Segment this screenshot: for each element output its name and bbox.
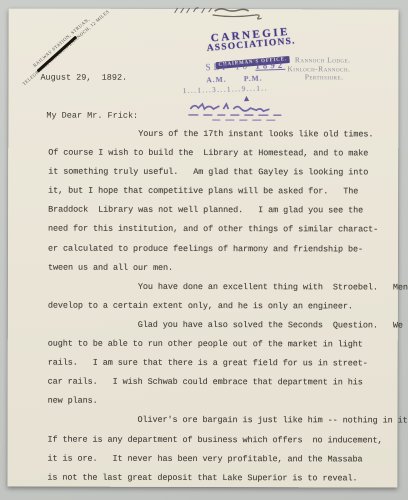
typed-line: Glad you have also solved the Seconds Qu… xyxy=(48,316,384,336)
typed-line: it something truly useful. Am glad that … xyxy=(48,163,384,183)
received-date-prefix: SEP 10 xyxy=(205,61,255,73)
typed-line: new plans. xyxy=(48,392,384,412)
typed-line: develop to a certain extent only, and he… xyxy=(48,296,384,316)
salutation: My Dear Mr. Frick: xyxy=(46,111,138,121)
script-stamp-icon xyxy=(186,101,286,125)
typed-line: car rails. I wish Schwab could embrace t… xyxy=(48,373,384,393)
typed-line: If there is any department of business w… xyxy=(47,430,383,450)
received-date-year: 1892 xyxy=(255,60,285,71)
typed-line: is not the last great deposit that Lake … xyxy=(47,468,383,488)
typed-line: it, but I hope that competitive plans wi… xyxy=(48,182,384,202)
typed-line: it is ore. It never has been very profit… xyxy=(47,449,383,469)
typed-line: ought to be able to run other people out… xyxy=(48,335,384,355)
letter-body: Yours of the 17th instant looks like old… xyxy=(47,125,384,489)
typed-line: Braddock Library was not well planned. I… xyxy=(48,201,384,221)
typed-line: Of course I wish to build the Library at… xyxy=(48,144,384,164)
typed-line: rails. I am sure that there is a great f… xyxy=(48,354,384,374)
typed-date: August 29, 1892. xyxy=(40,73,127,83)
letter-paper: RAILWAY STATION, STRUAN, TELEGRAMS, KINL… xyxy=(7,8,398,487)
received-date-stamp: SEP 10 1892 A.M. P.M. 1...1...3...1...9.… xyxy=(178,59,314,105)
typed-line: Oliver's ore bargain is just like him --… xyxy=(48,411,384,431)
typed-line: tween us and all our men. xyxy=(48,258,384,278)
scan-background: RAILWAY STATION, STRUAN, TELEGRAMS, KINL… xyxy=(0,0,408,500)
typed-line: You have done an excellent thing with St… xyxy=(48,277,384,297)
typed-line: need for this institution, and of other … xyxy=(48,220,384,240)
pencil-scribble-icon xyxy=(167,4,277,24)
typed-line: er calculated to produce feelings of har… xyxy=(48,239,384,259)
typed-line: Yours of the 17th instant looks like old… xyxy=(48,125,384,145)
